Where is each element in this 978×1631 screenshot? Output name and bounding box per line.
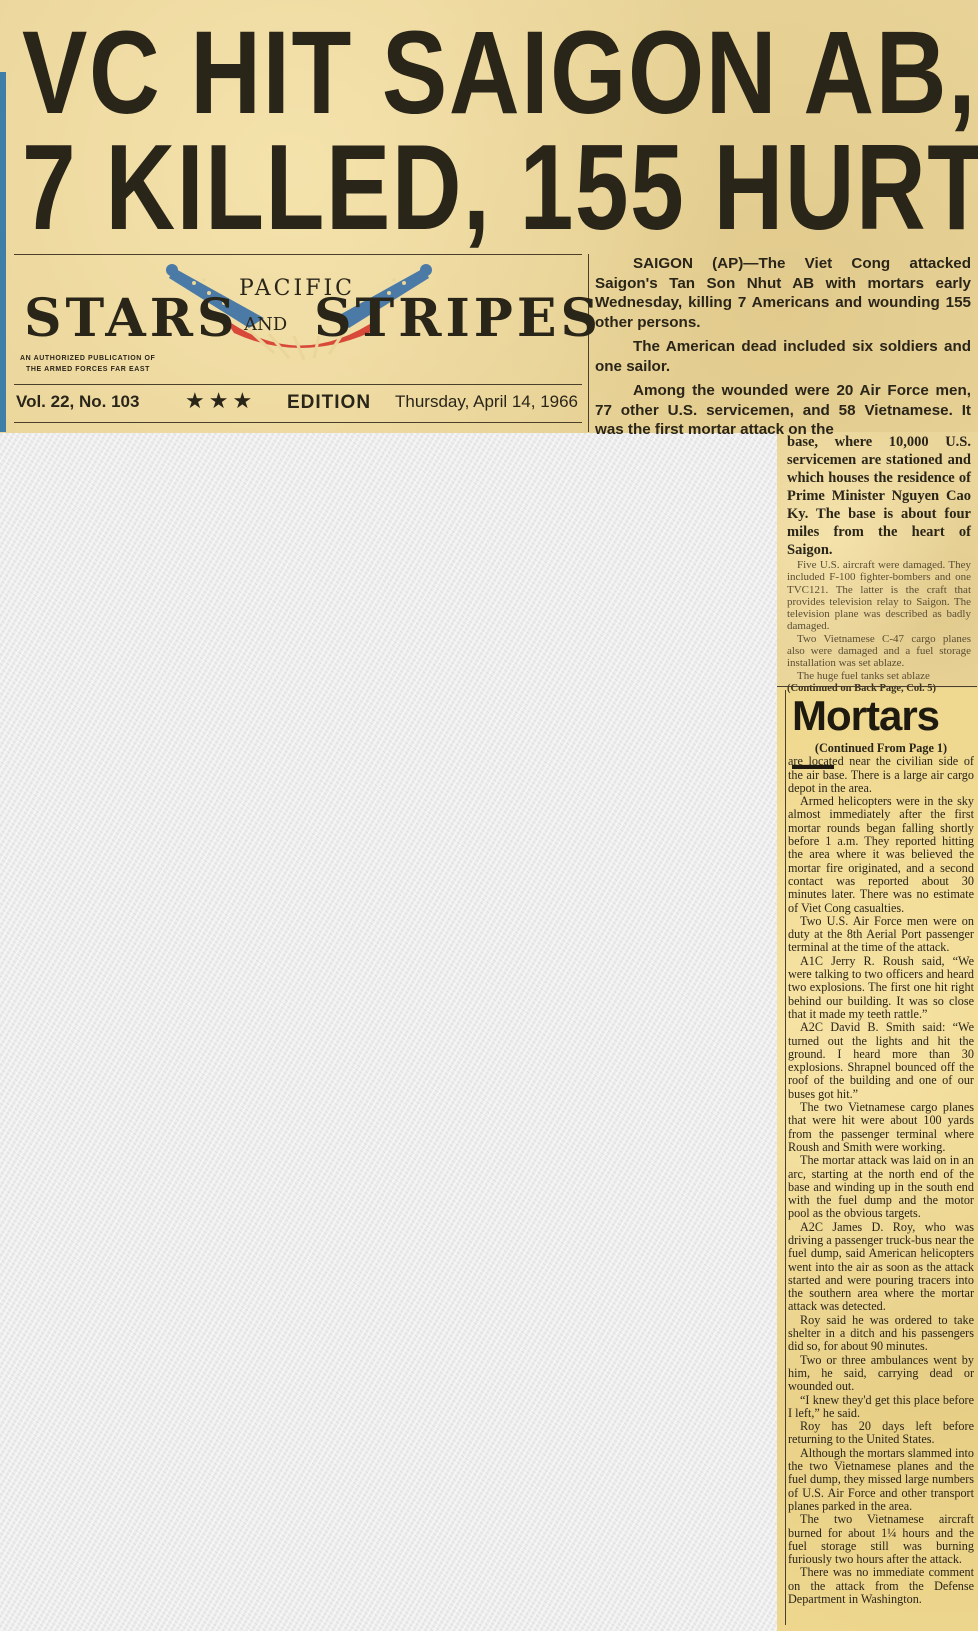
jump-paragraph: Roy has 20 days left before returning to… [788,1420,974,1447]
jump-paragraph: The mortar attack was laid on in an arc,… [788,1154,974,1220]
continuation-paragraph: Five U.S. aircraft were damaged. They in… [787,559,971,633]
masthead-tagline: AN AUTHORIZED PUBLICATION OF THE ARMED F… [20,353,155,375]
jump-paragraph: A1C Jerry R. Roush said, “We were talkin… [788,955,974,1021]
continuation-paragraph: The huge fuel tanks set ablaze [787,670,971,682]
jump-paragraph: Two U.S. Air Force men were on duty at t… [788,915,974,955]
lead-paragraph: SAIGON (AP)—The Viet Cong attacked Saigo… [595,254,971,332]
edition-stars-icon: ★★★ [185,388,256,414]
lead-story-continuation: base, where 10,000 U.S. servicemen are s… [787,433,971,695]
masthead-top-rule [14,254,582,255]
tagline-line-2: THE ARMED FORCES FAR EAST [20,364,155,375]
blue-page-edge [0,72,6,432]
jump-paragraph: Armed helicopters were in the sky almost… [788,795,974,915]
clipping-divider [777,686,977,687]
jump-paragraph: “I knew they'd get this place before I l… [788,1394,974,1421]
headline-line-2: 7 KILLED, 155 HURT [22,122,773,252]
jump-paragraph: Roy said he was ordered to take shelter … [788,1314,974,1354]
jump-paragraph: Two or three ambulances went by him, he … [788,1354,974,1394]
tagline-line-1: AN AUTHORIZED PUBLICATION OF [20,353,155,364]
jump-story: (Continued From Page 1) are located near… [788,742,974,1606]
jump-paragraph: The two Vietnamese cargo planes that wer… [788,1101,974,1154]
jump-paragraph: A2C David B. Smith said: “We turned out … [788,1021,974,1101]
masthead: PACIFIC STARS AND STRIPES AN AUTHORIZED … [14,258,584,388]
volume-number: Vol. 22, No. 103 [16,392,139,412]
continued-from-line: (Continued From Page 1) [788,742,974,755]
masthead-and: AND [244,314,287,335]
jump-paragraph: are located near the civilian side of th… [788,755,974,795]
publication-date: Thursday, April 14, 1966 [395,392,578,412]
lead-paragraph: Among the wounded were 20 Air Force men,… [595,381,971,440]
lead-paragraph: The American dead included six soldiers … [595,337,971,376]
jump-paragraph: A2C James D. Roy, who was driving a pass… [788,1221,974,1314]
continuation-paragraph: base, where 10,000 U.S. servicemen are s… [787,433,971,559]
edition-label: EDITION [287,392,371,414]
jump-paragraph: Although the mortars slammed into the tw… [788,1447,974,1513]
jump-paragraph: There was no immediate comment on the at… [788,1566,974,1606]
continuation-paragraph: Two Vietnamese C-47 cargo planes also we… [787,633,971,670]
masthead-stripes: STRIPES [314,288,602,349]
masthead-stars: STARS [24,288,239,349]
dateline-rule [14,422,582,423]
jump-paragraph: The two Vietnamese aircraft burned for a… [788,1513,974,1566]
lead-story: SAIGON (AP)—The Viet Cong attacked Saigo… [595,254,971,445]
jump-column-rule [785,690,786,1625]
